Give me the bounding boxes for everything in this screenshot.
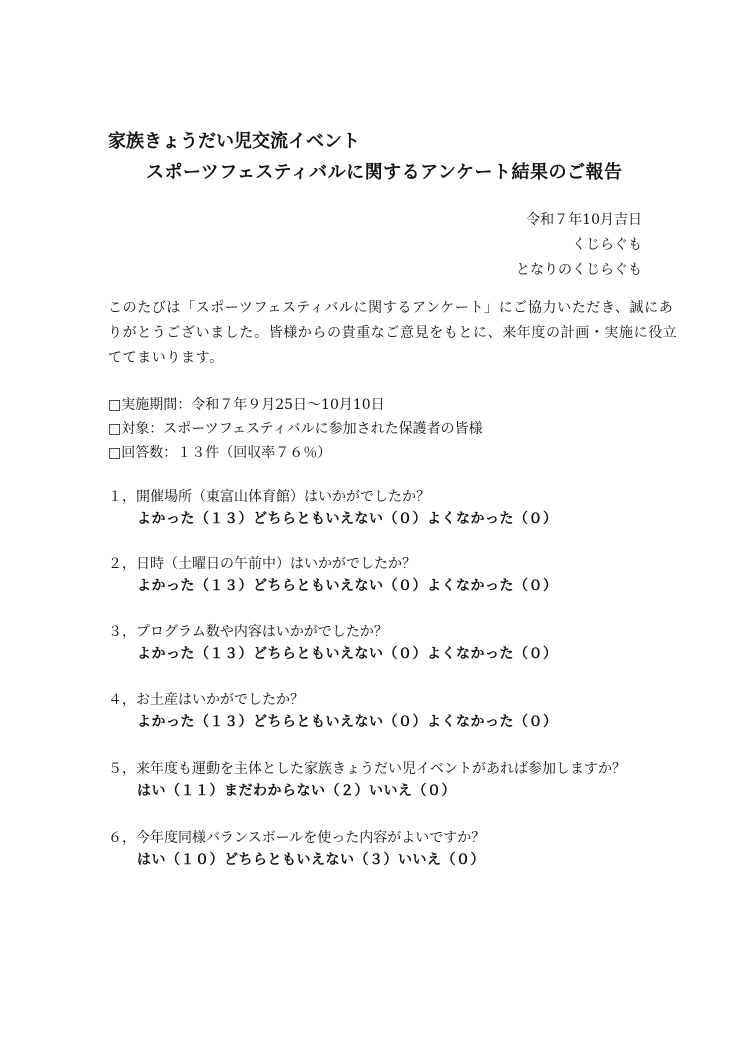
question-item: １，開催場所（東富山体育館）はいかがでしたか？ よかった（１３）どちらともいえな… (108, 486, 558, 530)
question-text: ６，今年度同様バランスボールを使った内容がよいですか？ (108, 827, 485, 849)
document-page: 家族きょうだい児交流イベント スポーツフェスティバルに関するアンケート結果のご報… (0, 0, 750, 1060)
intro-line: このたびは「スポーツフェスティバルに関するアンケート」にご協力いただき、誠にあ (108, 296, 648, 321)
intro-line: りがとうございました。皆様からの貴重なご意見をもとに、来年度の計画・実施に役立 (108, 321, 648, 346)
question-text: ２，日時（土曜日の午前中）はいかがでしたか？ (108, 553, 558, 575)
question-answer: はい（１１）まだわからない（２）いいえ（０） (108, 780, 626, 802)
survey-response-count: □回答数：１３件（回収率７６％） (108, 441, 483, 465)
intro-paragraph: このたびは「スポーツフェスティバルに関するアンケート」にご協力いただき、誠にあ … (108, 296, 648, 371)
document-sender-1: くじらぐも (516, 233, 642, 258)
question-answer: よかった（１３）どちらともいえない（０）よくなかった（０） (108, 643, 558, 665)
document-meta: 令和７年10月吉日 くじらぐも となりのくじらぐも (516, 208, 642, 283)
survey-period: □実施期間：令和７年９月25日～10月10日 (108, 393, 483, 417)
intro-line: ててまいります。 (108, 346, 648, 371)
document-title-line2: スポーツフェスティバルに関するアンケート結果のご報告 (146, 158, 623, 184)
document-sender-2: となりのくじらぐも (516, 258, 642, 283)
question-answer: よかった（１３）どちらともいえない（０）よくなかった（０） (108, 575, 558, 597)
question-item: ４，お土産はいかがでしたか？ よかった（１３）どちらともいえない（０）よくなかっ… (108, 689, 558, 733)
question-item: ５，来年度も運動を主体とした家族きょうだい児イベントがあれば参加しますか？ はい… (108, 758, 626, 802)
document-title-line1: 家族きょうだい児交流イベント (108, 127, 360, 153)
question-text: ４，お土産はいかがでしたか？ (108, 689, 558, 711)
question-item: ３，プログラム数や内容はいかがでしたか？ よかった（１３）どちらともいえない（０… (108, 621, 558, 665)
question-text: １，開催場所（東富山体育館）はいかがでしたか？ (108, 486, 558, 508)
question-answer: はい（１０）どちらともいえない（３）いいえ（０） (108, 849, 485, 871)
question-item: ６，今年度同様バランスボールを使った内容がよいですか？ はい（１０）どちらともい… (108, 827, 485, 871)
survey-info: □実施期間：令和７年９月25日～10月10日 □対象：スポーツフェスティバルに参… (108, 393, 483, 465)
question-item: ２，日時（土曜日の午前中）はいかがでしたか？ よかった（１３）どちらともいえない… (108, 553, 558, 597)
survey-target: □対象：スポーツフェスティバルに参加された保護者の皆様 (108, 417, 483, 441)
document-date: 令和７年10月吉日 (516, 208, 642, 233)
question-answer: よかった（１３）どちらともいえない（０）よくなかった（０） (108, 711, 558, 733)
question-text: ３，プログラム数や内容はいかがでしたか？ (108, 621, 558, 643)
question-text: ５，来年度も運動を主体とした家族きょうだい児イベントがあれば参加しますか？ (108, 758, 626, 780)
question-answer: よかった（１３）どちらともいえない（０）よくなかった（０） (108, 508, 558, 530)
